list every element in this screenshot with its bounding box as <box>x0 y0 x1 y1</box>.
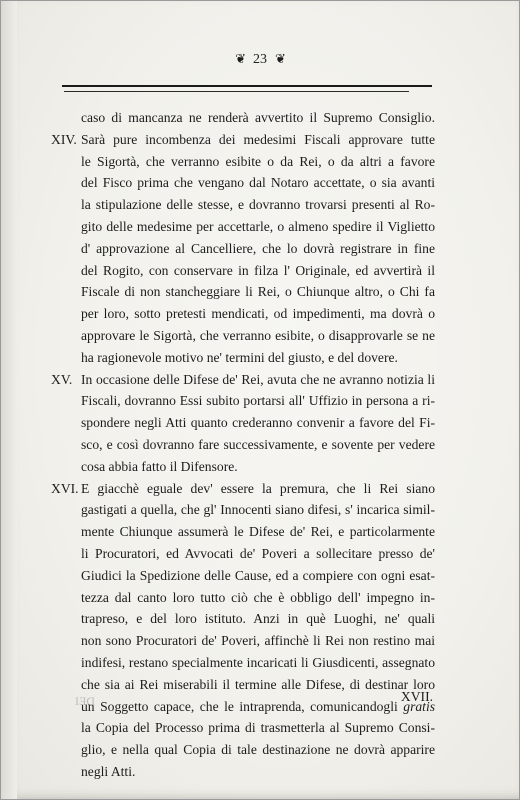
text-line: d' approvazione al Cancelliere, che lo d… <box>51 238 435 260</box>
article-first-line: XVI.E giacchè eguale dev' essere la prem… <box>51 478 435 500</box>
bleed-through-text: DEI <box>75 694 95 709</box>
article-first-line: XIV.Sarà pure incombenza dei medesimi Fi… <box>51 129 435 151</box>
text-line: la Copia del Processo prima di trasmette… <box>51 717 435 739</box>
text-line: la stipulazione delle stesse, e dovranno… <box>51 194 435 216</box>
catchword: XVII. <box>401 689 433 705</box>
text-segment: un Soggetto capace, che le intraprenda, … <box>81 699 398 714</box>
fleuron-right-icon: ❦ <box>275 51 285 66</box>
text-line: mente Chiunque assumerà le Difese de' Re… <box>51 521 435 543</box>
text-line: trapreso, e del loro istituto. Anzi in q… <box>51 608 435 630</box>
text-line: approvare le Sigortà, che verranno esibi… <box>51 325 435 347</box>
text-line: negli Atti. <box>51 761 435 783</box>
text-line: glio, e nella qual Copia di tale destina… <box>51 739 435 761</box>
binding-gutter <box>1 1 17 799</box>
page-header: ❦23❦ <box>1 51 519 68</box>
text-line-with-italic: un Soggetto capace, che le intraprenda, … <box>51 696 435 718</box>
book-page: ❦23❦ caso di mancanza ne renderà avverti… <box>1 1 519 799</box>
text-line: gastigati a quella, che gl' Innocenti si… <box>51 499 435 521</box>
text-line: che sia ai Rei miserabili il termine all… <box>51 674 435 696</box>
body-text: caso di mancanza ne renderà avvertito il… <box>51 107 435 783</box>
article-number: XVI. <box>51 478 81 500</box>
text-line: le Sigortà, che verranno esibite o da Re… <box>51 151 435 173</box>
article-number: XIV. <box>51 129 81 151</box>
text-line: caso di mancanza ne renderà avvertito il… <box>51 107 435 129</box>
text-line: spondere negli Atti quanto crederanno co… <box>51 412 435 434</box>
text-line: del Fisco prima che vengano dal Notaro a… <box>51 172 435 194</box>
text-line: indifesi, restano specialmente incaricat… <box>51 652 435 674</box>
text-line: cosa abbia fatto il Difensore. <box>51 456 435 478</box>
text-line: tezza dal canto loro tutto ciò che è obb… <box>51 587 435 609</box>
text-line: per loro, sotto pretesti mendicati, od i… <box>51 303 435 325</box>
text-line: Fiscale di non stancheggiare li Rei, o C… <box>51 281 435 303</box>
text-line: ha ragionevole motivo ne' termini del gi… <box>51 347 435 369</box>
text-line: sco, e così dovranno fare successivament… <box>51 434 435 456</box>
text-line: li Procuratori, ed Avvocati de' Poveri a… <box>51 543 435 565</box>
header-rule-thick <box>62 85 432 87</box>
text-line: E giacchè eguale dev' essere la premura,… <box>81 481 435 496</box>
text-line: del Rogito, con conservare in filza l' O… <box>51 260 435 282</box>
fleuron-left-icon: ❦ <box>235 51 245 66</box>
article-number: XV. <box>51 369 81 391</box>
text-line: Sarà pure incombenza dei medesimi Fiscal… <box>81 132 435 147</box>
article-first-line: XV.In occasione delle Difese de' Rei, av… <box>51 369 435 391</box>
text-line: Fiscali, dovranno Essi subito portarsi a… <box>51 390 435 412</box>
text-line: non sono Procuratori de' Poveri, affinch… <box>51 630 435 652</box>
text-line: Giudici la Spedizione delle Cause, ed a … <box>51 565 435 587</box>
header-rule-thin <box>64 91 409 92</box>
text-line: In occasione delle Difese de' Rei, avuta… <box>81 372 435 387</box>
page-number: 23 <box>253 52 267 67</box>
text-line: gito delle medesime per accettarle, o al… <box>51 216 435 238</box>
